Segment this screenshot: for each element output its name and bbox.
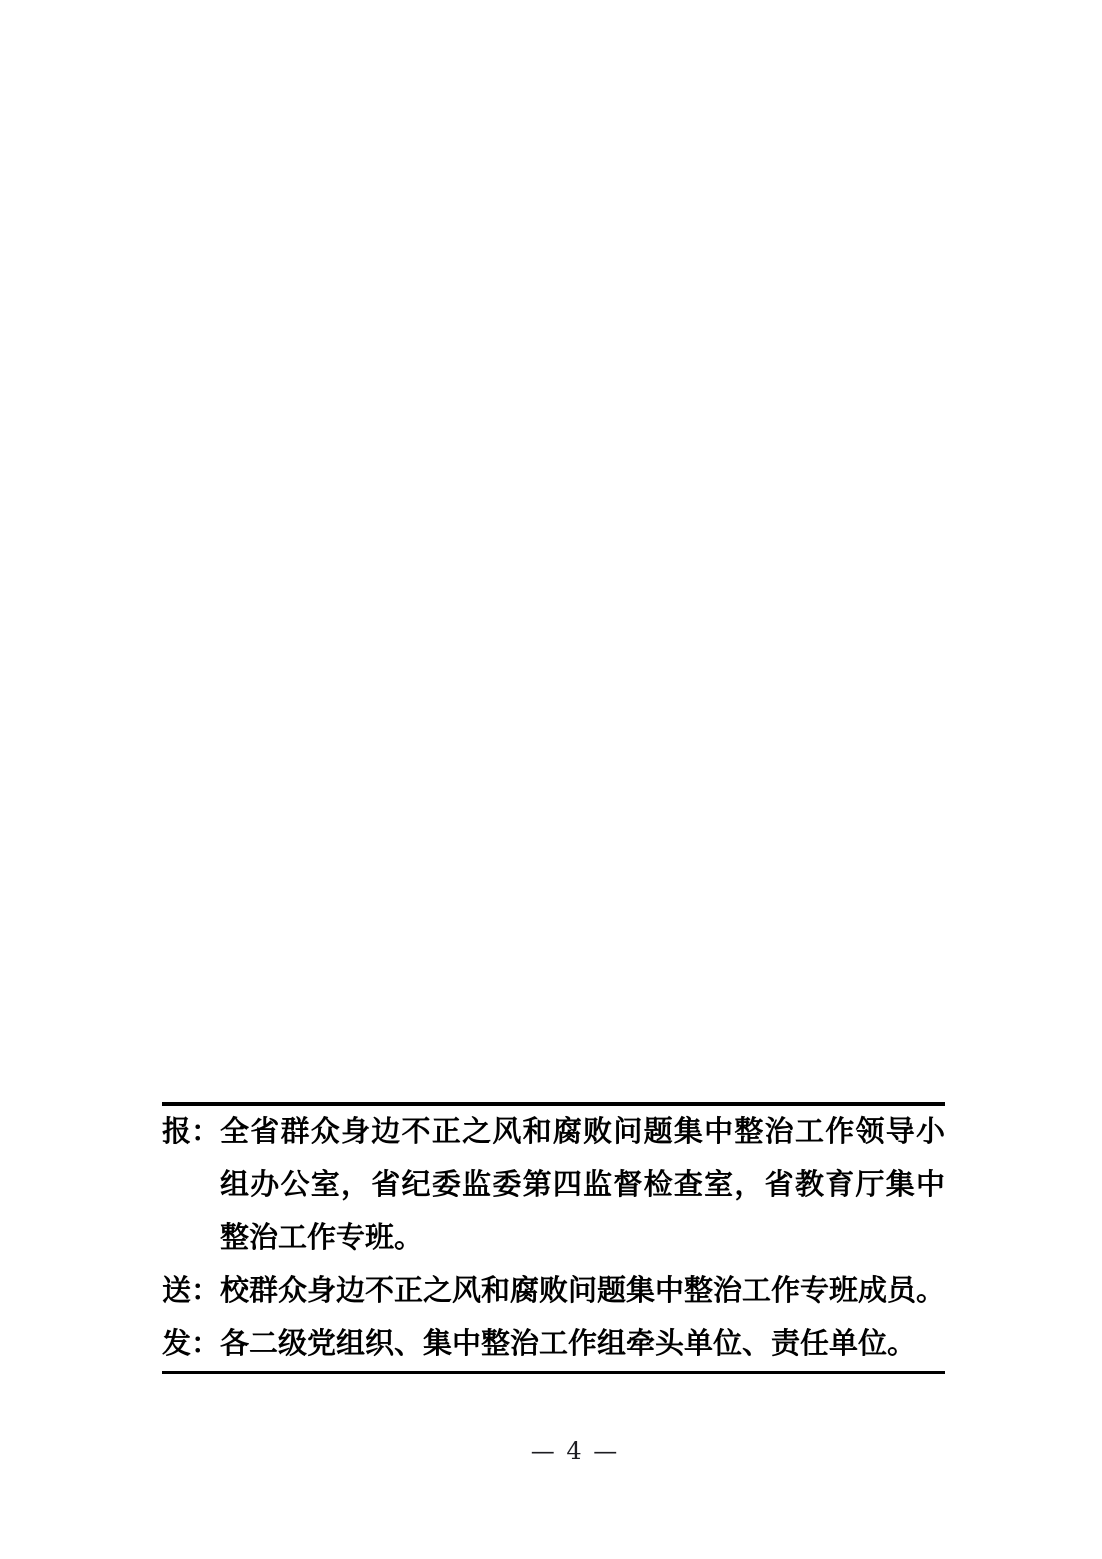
report-to-label: 报： bbox=[162, 1106, 220, 1159]
distribution-block: 报： 全省群众身边不正之风和腐败问题集中整治工作领导小 组办公室，省纪委监委第四… bbox=[162, 1102, 945, 1374]
issue-to-line-1: 各二级党组织、集中整治工作组牵头单位、责任单位。 bbox=[220, 1318, 945, 1371]
report-to-line-2: 组办公室，省纪委监委第四监督检查室，省教育厅集中 bbox=[220, 1159, 945, 1212]
page-number: — 4 — bbox=[0, 1437, 1102, 1465]
send-to-entry: 送： 校群众身边不正之风和腐败问题集中整治工作专班成员。 bbox=[162, 1265, 945, 1318]
issue-to-entry: 发： 各二级党组织、集中整治工作组牵头单位、责任单位。 bbox=[162, 1318, 945, 1371]
issue-to-label: 发： bbox=[162, 1318, 220, 1371]
send-to-label: 送： bbox=[162, 1265, 220, 1318]
report-to-line-1: 全省群众身边不正之风和腐败问题集中整治工作领导小 bbox=[220, 1106, 945, 1159]
report-to-entry: 报： 全省群众身边不正之风和腐败问题集中整治工作领导小 组办公室，省纪委监委第四… bbox=[162, 1106, 945, 1265]
report-to-line-3: 整治工作专班。 bbox=[220, 1212, 945, 1265]
document-page: 报： 全省群众身边不正之风和腐败问题集中整治工作领导小 组办公室，省纪委监委第四… bbox=[0, 0, 1102, 1559]
send-to-line-1: 校群众身边不正之风和腐败问题集中整治工作专班成员。 bbox=[220, 1265, 945, 1318]
